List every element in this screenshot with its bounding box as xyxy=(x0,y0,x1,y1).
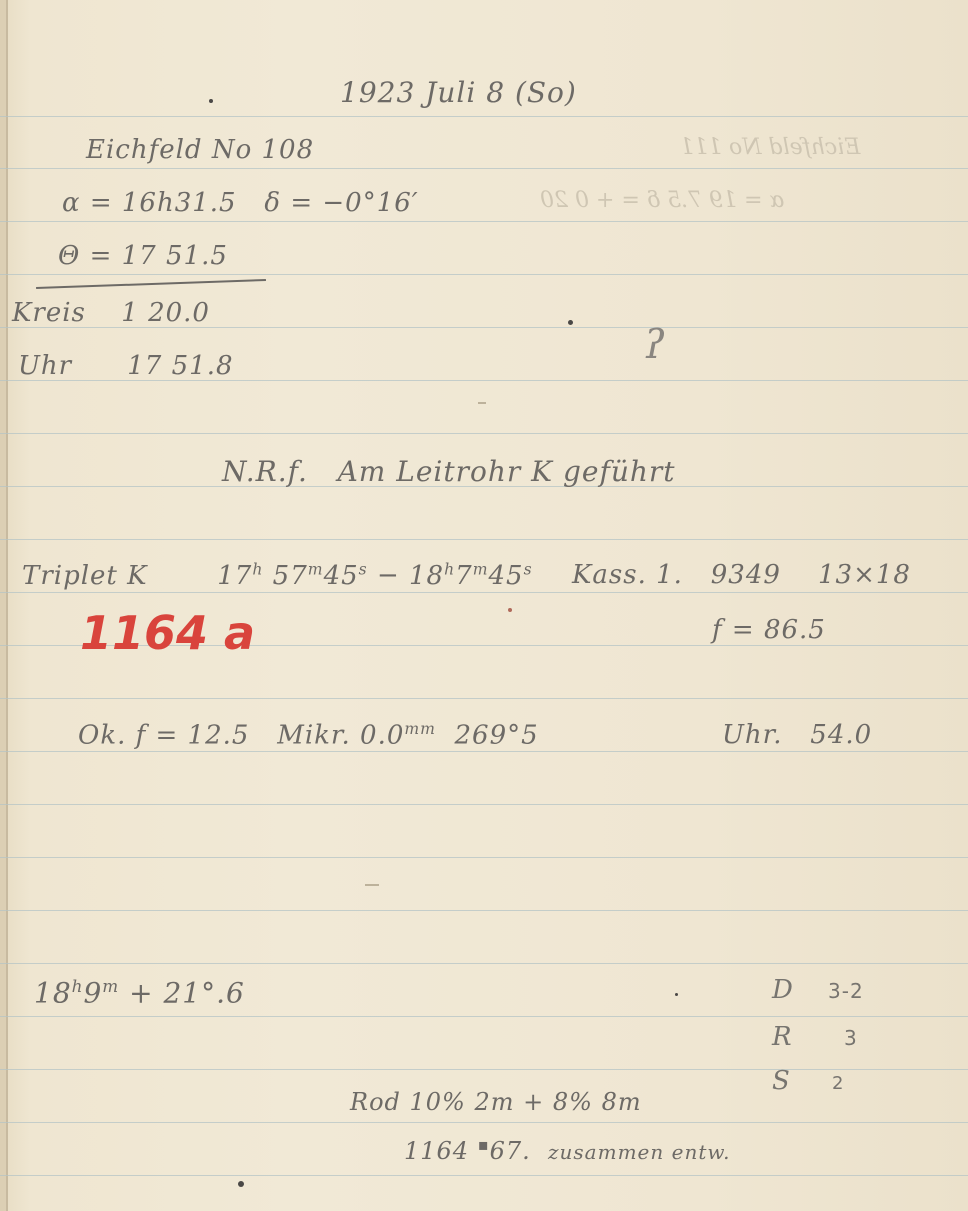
micrometer-label: Mikr. xyxy=(277,721,351,751)
settings-label: Uhr xyxy=(18,351,118,381)
object-name: Eichfeld No 108 xyxy=(86,135,314,165)
section-underline xyxy=(36,279,266,289)
time-end: 18h7m45s xyxy=(409,561,533,591)
ruled-line xyxy=(0,433,968,434)
ruled-line xyxy=(0,910,968,911)
micrometer-value: 0.0 xyxy=(360,721,404,751)
ink-dot xyxy=(675,993,678,996)
developer-note-line2: 1164 ▪67. zusammen entw. xyxy=(404,1135,730,1165)
ink-dot xyxy=(508,608,512,612)
eyepiece-line: Ok. f = 12.5 Mikr. 0.0mm 269°5 xyxy=(78,720,539,751)
ruled-line xyxy=(0,698,968,699)
ruled-line xyxy=(0,1122,968,1123)
settings-row-kreis: Kreis 1 20.0 xyxy=(12,298,210,328)
settings-row-uhr: Uhr 17 51.8 xyxy=(18,351,234,381)
ruled-line xyxy=(0,221,968,222)
plate-ref: 67. xyxy=(490,1137,531,1165)
rating-row: R3 xyxy=(772,1022,858,1052)
notebook-page: Eichfeld No 111 α = 19 7.5 δ = + 0 20 19… xyxy=(0,0,968,1211)
focal-length: f = 86.5 xyxy=(712,615,826,645)
clock-label: Uhr. xyxy=(722,720,783,750)
ruled-line xyxy=(0,274,968,275)
ruled-line xyxy=(0,857,968,858)
micrometer-unit: mm xyxy=(404,720,436,738)
note-line: N.R.f. Am Leitrohr K geführt xyxy=(222,455,676,488)
rating-value: 3 xyxy=(844,1026,858,1050)
clock-value: 54.0 xyxy=(810,720,872,750)
settings-value: 17 51.8 xyxy=(127,351,233,381)
delta-label: δ = xyxy=(264,188,313,218)
position-angle: 269°5 xyxy=(455,721,539,751)
time-start: 17h 57m45s xyxy=(217,561,367,591)
cassette: Kass. 1. xyxy=(572,560,683,590)
rating-row: D3-2 xyxy=(772,975,864,1005)
rating-label: S xyxy=(772,1066,832,1096)
position-note: 18h9m + 21°.6 xyxy=(34,976,245,1009)
smudge-mark xyxy=(365,884,379,886)
ruled-line xyxy=(0,168,968,169)
ink-dot xyxy=(209,99,213,103)
alpha-line: α = 16h31.5 δ = −0°16′ xyxy=(62,188,419,218)
ruled-line xyxy=(0,963,968,964)
ink-dot xyxy=(568,320,573,325)
instrument: Triplet K xyxy=(22,561,208,591)
rating-label: R xyxy=(772,1022,844,1052)
ocular: Ok. f = 12.5 xyxy=(78,721,249,751)
settings-value: 1 20.0 xyxy=(121,298,210,328)
theta-line: Θ = 17 51.5 xyxy=(58,241,228,271)
ruled-line xyxy=(0,751,968,752)
plate-size: 13×18 xyxy=(818,560,911,590)
alpha-value: 16h31.5 xyxy=(122,188,237,218)
plate-number: 9349 xyxy=(711,560,781,590)
smudge-mark xyxy=(478,402,486,404)
bleed-through-text: α = 19 7.5 δ = + 0 20 xyxy=(540,188,784,213)
theta-value: 17 51.5 xyxy=(122,241,228,271)
developer-note: Rod 10% 2m + 8% 8m xyxy=(350,1088,642,1116)
stray-mark: ʔ xyxy=(644,322,666,368)
red-plate-number: 1164 a xyxy=(80,606,255,660)
note-text: Am Leitrohr K geführt xyxy=(338,455,676,488)
note-abbrev: N.R.f. xyxy=(222,455,308,488)
ruled-line xyxy=(0,592,968,593)
ruled-line xyxy=(0,1016,968,1017)
settings-label: Kreis xyxy=(12,298,112,328)
dash: − xyxy=(377,561,400,591)
date-header: 1923 Juli 8 (So) xyxy=(340,76,577,109)
ruled-line xyxy=(0,1175,968,1176)
ruled-line xyxy=(0,539,968,540)
struck-mark: ▪ xyxy=(478,1135,490,1154)
alpha-label: α = xyxy=(62,188,113,218)
developed-together-text: zusammen entw. xyxy=(548,1140,730,1164)
rating-label: D xyxy=(772,975,828,1005)
rating-value: 2 xyxy=(832,1073,844,1094)
clock-reading: Uhr. 54.0 xyxy=(722,720,872,750)
plate-number-ref: 1164 xyxy=(404,1137,469,1165)
delta-value: −0°16′ xyxy=(322,188,418,218)
rating-row: S2 xyxy=(772,1066,844,1096)
theta-label: Θ = xyxy=(58,241,112,271)
exposure-line: Triplet K 17h 57m45s − 18h7m45s xyxy=(22,560,533,591)
page-margin-line xyxy=(6,0,8,1211)
rating-value: 3-2 xyxy=(828,979,864,1003)
ruled-line xyxy=(0,116,968,117)
bleed-through-text: Eichfeld No 111 xyxy=(680,135,860,160)
cassette-info: Kass. 1. 9349 13×18 xyxy=(572,560,911,590)
ink-dot xyxy=(238,1181,244,1187)
ruled-line xyxy=(0,804,968,805)
